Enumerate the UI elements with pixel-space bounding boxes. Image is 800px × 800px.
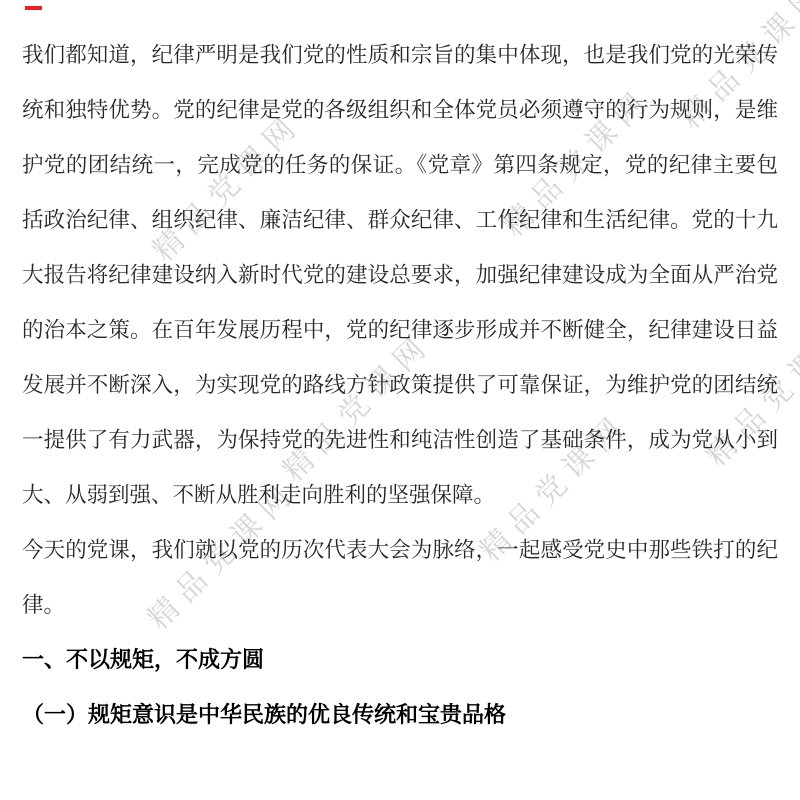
- red-dash-mark: [25, 6, 42, 10]
- heading-subsection-one: （一）规矩意识是中华民族的优良传统和宝贵品格: [22, 688, 778, 743]
- document-page: 精品党课网 精品党课网 精品党课网 精品党课网 精品党课网 精品党课网 精品党课…: [0, 0, 800, 800]
- document-content: 我们都知道，纪律严明是我们党的性质和宗旨的集中体现，也是我们党的光荣传统和独特优…: [0, 0, 800, 743]
- paragraph-discipline-overview: 我们都知道，纪律严明是我们党的性质和宗旨的集中体现，也是我们党的光荣传统和独特优…: [22, 28, 778, 523]
- heading-section-one: 一、不以规矩，不成方圆: [22, 633, 778, 688]
- paragraph-lecture-intro: 今天的党课，我们就以党的历次代表大会为脉络，一起感受党史中那些铁打的纪律。: [22, 523, 778, 633]
